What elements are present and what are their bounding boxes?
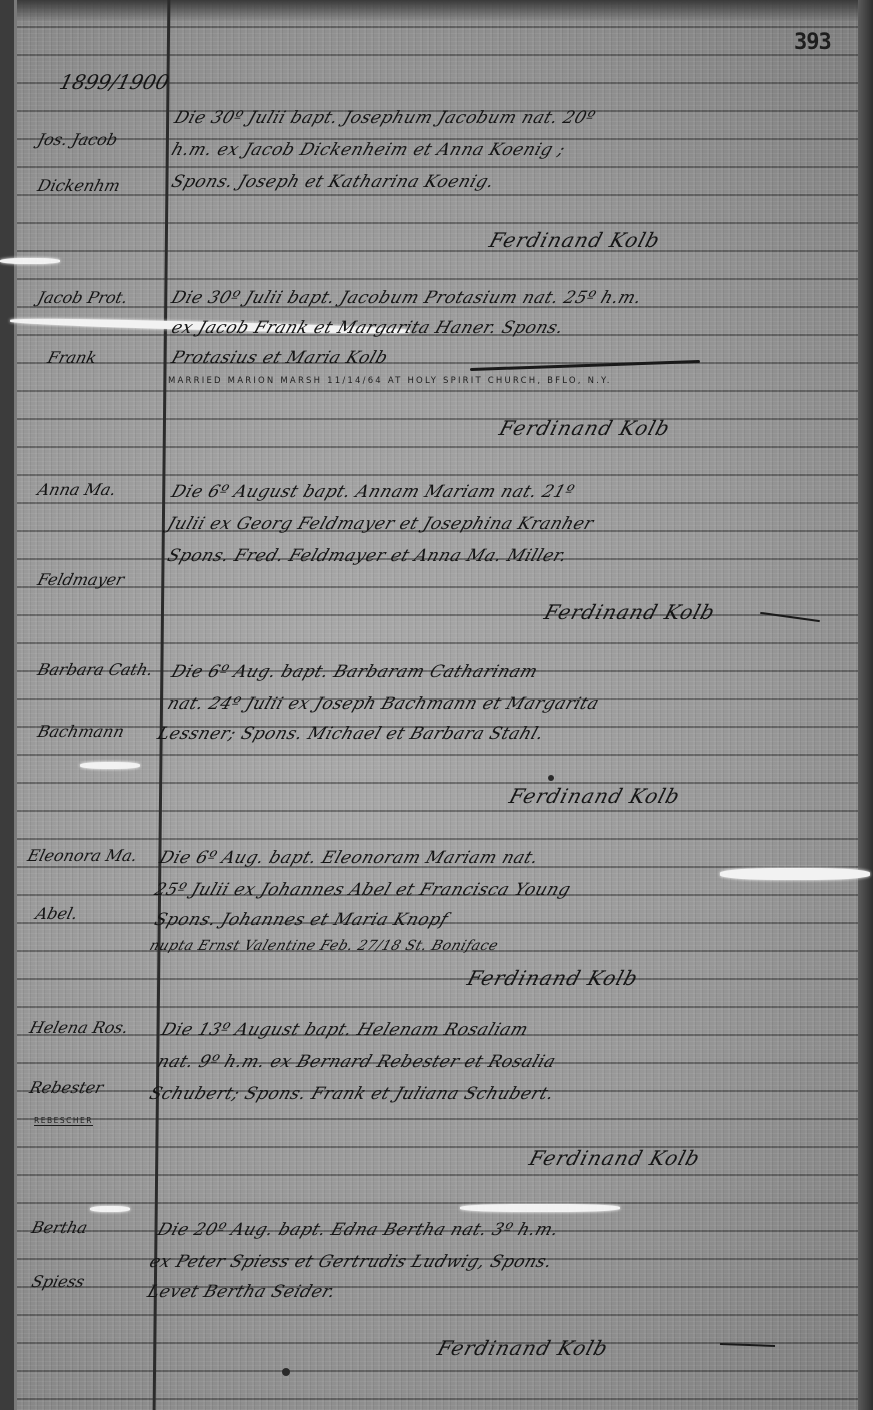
scan-top-shadow [0, 0, 873, 22]
entry-line: Spons. Johannes et Maria Knopf [152, 910, 451, 930]
margin-name-line: Abel. [34, 904, 80, 923]
priest-signature: Ferdinand Kolb [527, 1146, 704, 1170]
ink-spot [282, 1368, 290, 1376]
priest-signature: Ferdinand Kolb [487, 228, 664, 252]
signature-flourish [760, 612, 820, 622]
marriage-annotation: MARRIED MARION MARSH 11/14/64 AT HOLY SP… [168, 376, 612, 386]
entry-line: nupta Ernst Valentine Feb. 27/18 St. Bon… [147, 938, 500, 954]
margin-name-line: Dickenhm [36, 176, 123, 195]
page-number: 393 [794, 30, 831, 55]
page-right-edge [858, 0, 873, 1410]
paper-tear-3 [80, 762, 140, 769]
entry-line: Die 6º Aug. bapt. Barbaram Catharinam [169, 662, 541, 682]
entry-line: Die 6º August bapt. Annam Mariam nat. 21… [169, 482, 577, 502]
margin-name-line: Frank [46, 348, 99, 367]
binding-edge [0, 0, 14, 1410]
margin-name-line: Bachmann [36, 722, 127, 741]
entry-line: Die 20º Aug. bapt. Edna Bertha nat. 3º h… [155, 1220, 562, 1240]
margin-name-line: Bertha [30, 1218, 90, 1237]
paper-tear-1 [0, 258, 60, 264]
surname-correction: REBESCHER [34, 1116, 93, 1126]
margin-name-line: Rebester [28, 1078, 106, 1097]
paper-tear-4 [720, 868, 870, 880]
margin-name-line: Eleonora Ma. [26, 846, 140, 865]
entry-line: Lessner; Spons. Michael et Barbara Stahl… [155, 724, 547, 744]
year-heading: 1899/1900 [57, 70, 172, 94]
entry-line: Die 30º Julii bapt. Josephum Jacobum nat… [172, 108, 598, 128]
entry-line: ex Jacob Frank et Margarita Haner. Spons… [169, 318, 567, 338]
paper-tear-5 [460, 1204, 620, 1212]
entry-line: nat. 24º Julii ex Joseph Bachmann et Mar… [165, 694, 602, 714]
entry-line: Spons. Joseph et Katharina Koenig. [169, 172, 497, 192]
priest-signature: Ferdinand Kolb [507, 784, 684, 808]
priest-signature: Ferdinand Kolb [435, 1336, 612, 1360]
priest-signature: Ferdinand Kolb [497, 416, 674, 440]
entry-line: nat. 9º h.m. ex Bernard Rebester et Rosa… [155, 1052, 559, 1072]
entry-line: h.m. ex Jacob Dickenheim et Anna Koenig … [169, 140, 568, 160]
entry-line: Die 30º Julii bapt. Jacobum Protasium na… [169, 288, 645, 308]
entry-line: Protasius et Maria Kolb [169, 348, 391, 368]
register-page: 393 1899/1900 Jos. Jacob Dickenhm Die 30… [0, 0, 873, 1410]
signature-flourish [720, 1343, 775, 1347]
margin-name-line: Spiess [30, 1272, 87, 1291]
entry-line: Julii ex Georg Feldmayer et Josephina Kr… [165, 514, 596, 534]
priest-signature: Ferdinand Kolb [465, 966, 642, 990]
paper-tear-6 [90, 1206, 130, 1212]
ink-spot [548, 775, 554, 781]
margin-name-line: Jos. Jacob [36, 130, 120, 149]
entry-line: Schubert; Spons. Frank et Juliana Schube… [147, 1084, 557, 1104]
margin-name-line: Feldmayer [36, 570, 127, 589]
margin-name-line: Helena Ros. [28, 1018, 131, 1037]
strike-through [470, 360, 700, 371]
entry-line: Levet Bertha Seider. [145, 1282, 338, 1302]
binding-edge-inner [14, 0, 17, 1410]
margin-name-line: Barbara Cath. [36, 660, 155, 679]
entry-line: Die 13º August bapt. Helenam Rosaliam [159, 1020, 531, 1040]
margin-name-line: Jacob Prot. [36, 288, 130, 307]
entry-line: Die 6º Aug. bapt. Eleonoram Mariam nat. [157, 848, 541, 868]
entry-line: 25º Julii ex Johannes Abel et Francisca … [152, 880, 574, 900]
priest-signature: Ferdinand Kolb [542, 600, 719, 624]
margin-name-line: Anna Ma. [36, 480, 119, 499]
entry-line: ex Peter Spiess et Gertrudis Ludwig, Spo… [147, 1252, 555, 1272]
entry-line: Spons. Fred. Feldmayer et Anna Ma. Mille… [165, 546, 570, 566]
